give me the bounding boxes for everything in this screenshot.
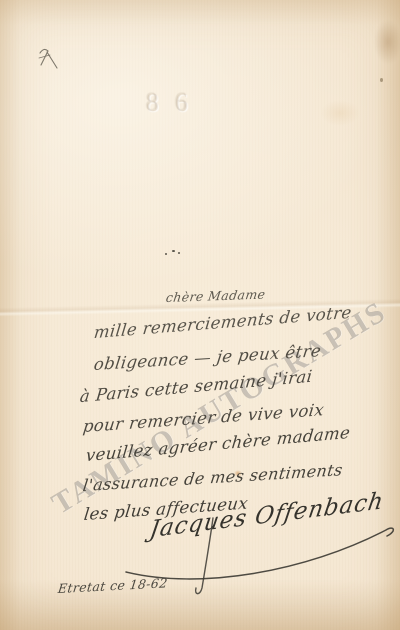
embossed-blind-stamp: 86 [146,88,204,118]
letter-photograph: 86 TAMINO AUTOGRAPHS chère Madame mille … [0,0,400,630]
pencil-collector-mark [35,45,61,71]
paper-stain [320,100,360,126]
ink-specks [163,249,183,259]
paper-speck [380,78,383,82]
paper-stain [374,20,400,64]
